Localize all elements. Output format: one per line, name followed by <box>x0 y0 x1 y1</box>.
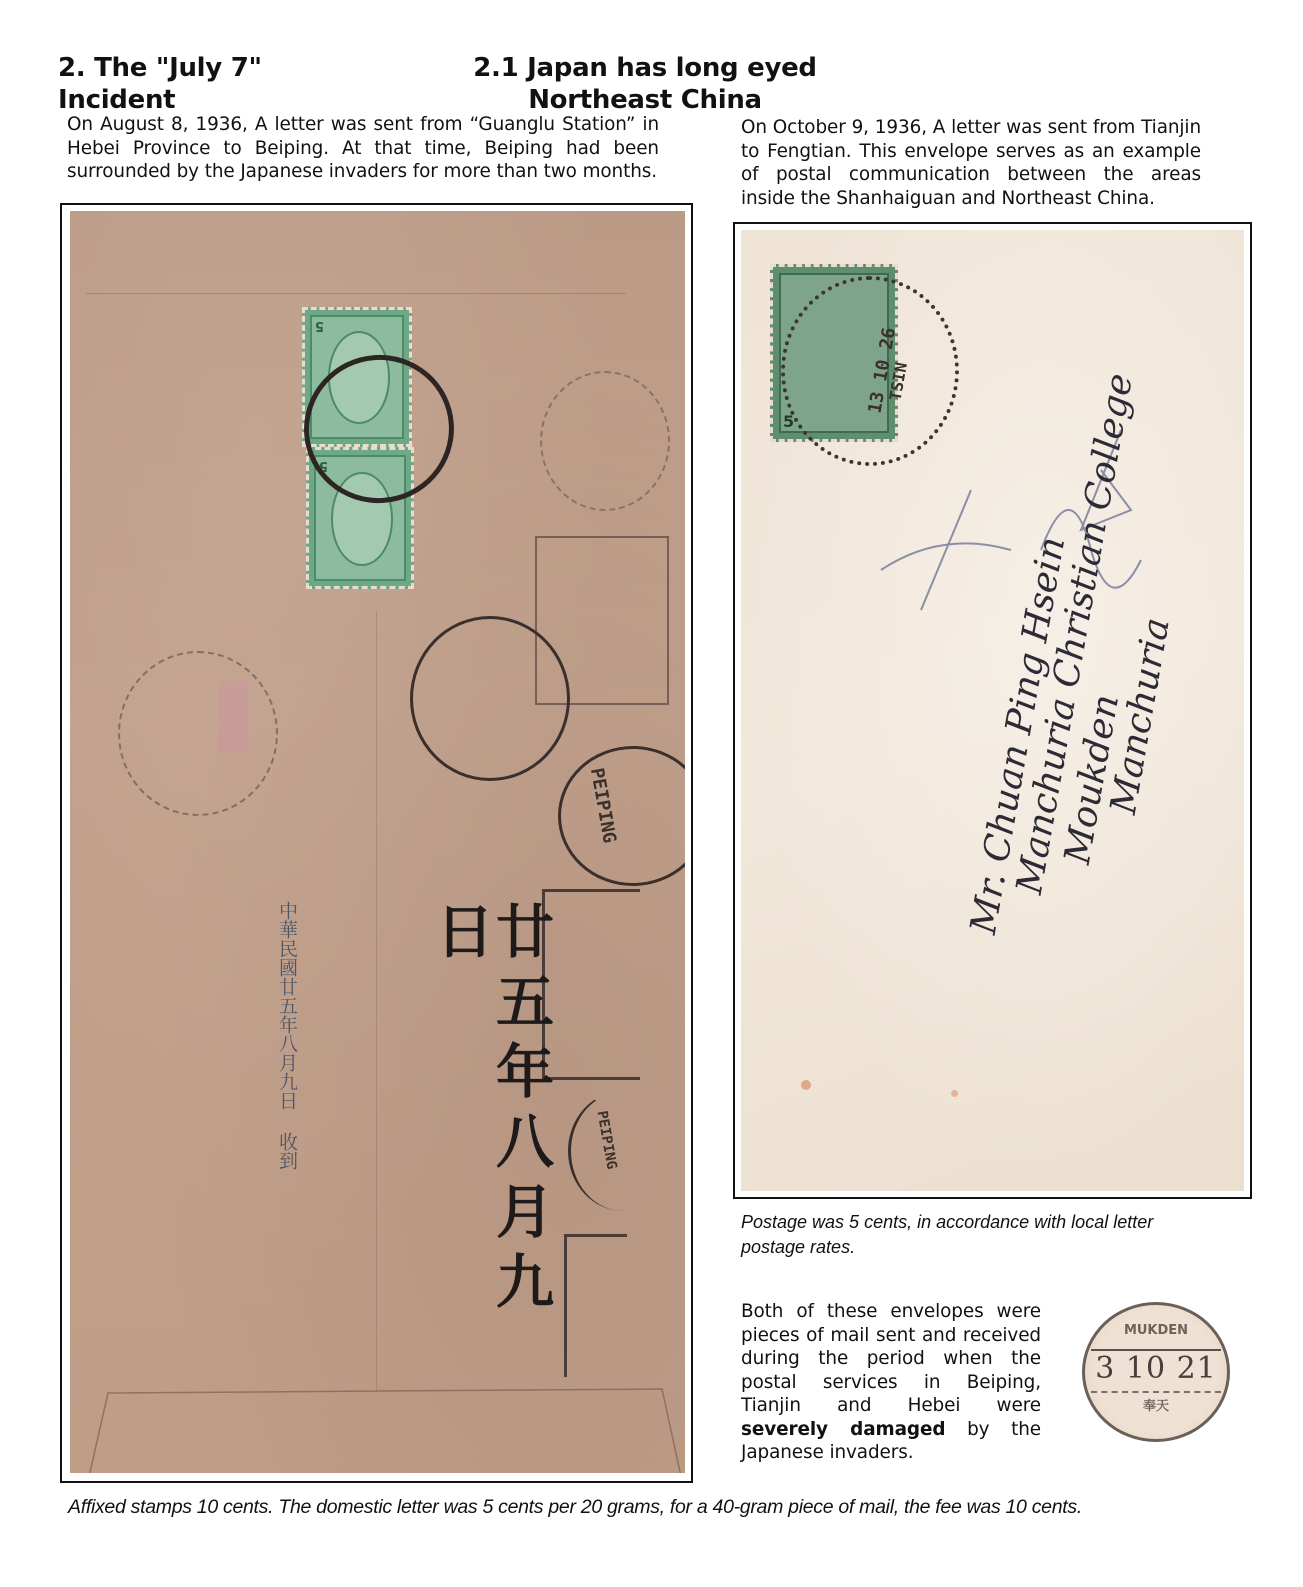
boxed-chop-middle <box>542 889 640 1080</box>
summary-text: Both of these envelopes were pieces of m… <box>741 1301 1041 1416</box>
bottom-flap <box>70 1381 685 1473</box>
left-caption: Affixed stamps 10 cents. The domestic le… <box>68 1494 1248 1520</box>
stain <box>801 1080 811 1090</box>
left-envelope-frame: 5 5 PEIPING PEIPING 中華民國廿五年八月九日 收到 廿 <box>60 203 693 1483</box>
envelope-seam <box>376 611 377 1391</box>
postmark-date: 3 10 21 <box>1085 1351 1227 1386</box>
faint-postmark <box>540 371 670 511</box>
backstamp-received-text: 中華民國廿五年八月九日 收到 <box>276 901 298 1261</box>
left-description: On August 8, 1936, A letter was sent fro… <box>67 113 659 203</box>
left-envelope-image: 5 5 PEIPING PEIPING 中華民國廿五年八月九日 收到 廿 <box>70 211 685 1473</box>
postmark-bottom-text: 奉天 <box>1085 1395 1227 1414</box>
right-caption: Postage was 5 cents, in accordance with … <box>741 1210 1221 1260</box>
summary-emphasis: severely damaged <box>741 1419 945 1440</box>
right-envelope-frame: 5 13 10 26 TSIN Mr. Chuan Ping Hsein Man… <box>733 222 1252 1199</box>
stain <box>951 1090 958 1097</box>
faint-left-postmark <box>118 651 278 816</box>
handwritten-date: 廿五年八月九日 <box>430 901 550 1381</box>
boxed-chop-bottom <box>564 1234 627 1377</box>
receiving-postmark <box>410 616 570 781</box>
subsection-title: 2.1 Japan has long eyed Northeast China <box>400 52 890 116</box>
flap-crease <box>86 293 626 294</box>
arrival-postmark-image: MUKDEN 3 10 21 奉天 <box>1082 1302 1230 1442</box>
right-envelope-image: 5 13 10 26 TSIN Mr. Chuan Ping Hsein Man… <box>741 230 1244 1191</box>
right-description: On October 9, 1936, A letter was sent fr… <box>741 116 1201 222</box>
summary-paragraph: Both of these envelopes were pieces of m… <box>741 1300 1041 1470</box>
postmark-top-text: MUKDEN <box>1085 1323 1227 1338</box>
red-ink-mark <box>218 681 248 751</box>
peiping-postmark-partial: PEIPING <box>568 1091 678 1211</box>
section-title: 2. The "July 7" Incident <box>58 52 318 116</box>
peiping-postmark: PEIPING <box>558 746 685 886</box>
